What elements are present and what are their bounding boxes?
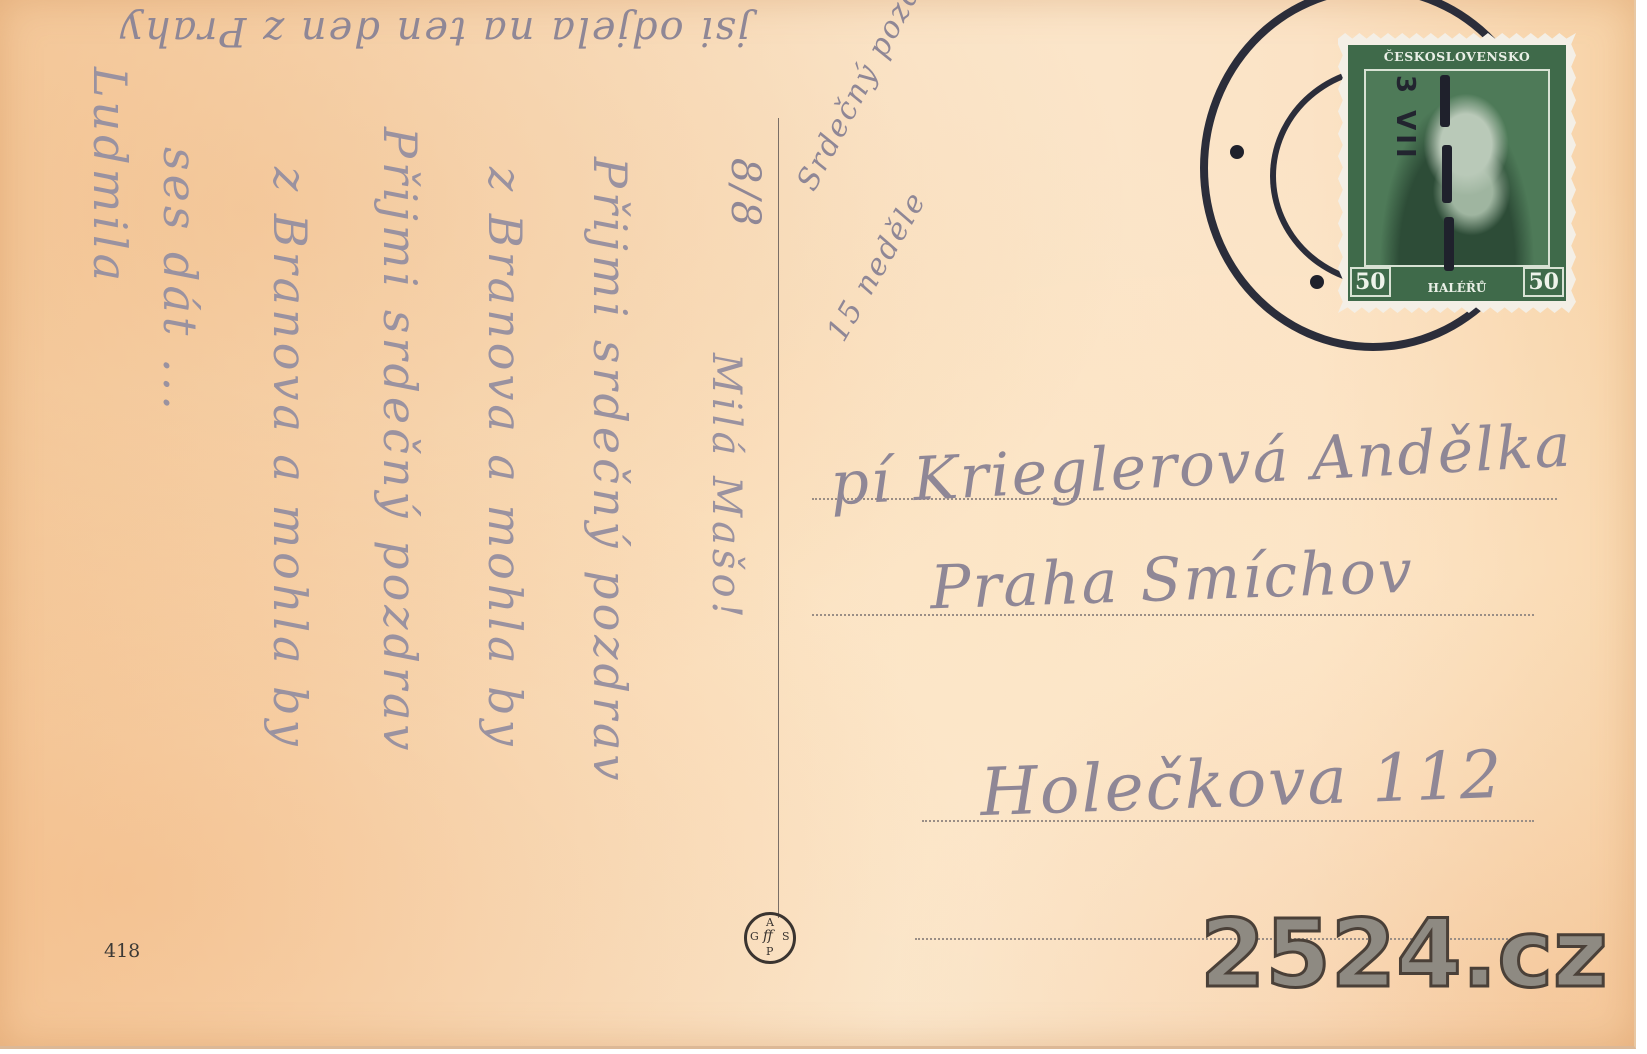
stamp-value-right: 50 — [1523, 267, 1564, 297]
cancellation-bar — [1440, 75, 1450, 127]
handwriting-line-5: z Branova a mohla by — [478, 167, 532, 750]
handwriting-line-2: ses dát ... — [153, 147, 207, 414]
postcard-back: jsi odjela na ten den z Prahy Ludmila se… — [0, 0, 1636, 1049]
address-line-1: pí Krieglerová Andělka — [829, 411, 1574, 520]
salutation: Milá Mašo! — [703, 353, 749, 622]
center-divider — [778, 118, 779, 918]
publisher-logo: A G ff S P — [744, 912, 796, 964]
stamp-value-left: 50 — [1350, 267, 1391, 297]
handwriting-line-3: z Branova a mohla by — [263, 167, 317, 750]
cancellation-date: 3 VII — [1390, 75, 1420, 162]
logo-letter-right: S — [782, 930, 790, 943]
cancellation-dot — [1310, 275, 1324, 289]
cancellation-bar — [1442, 145, 1452, 203]
handwriting-line-6: Přijmi srdečný pozdrav — [583, 157, 637, 784]
print-number: 418 — [104, 940, 140, 962]
stamp-unit: HALÉŘŮ — [1408, 281, 1506, 295]
logo-letter-left: G — [750, 930, 759, 943]
handwriting-top-upside-down: jsi odjela na ten den z Prahy — [60, 8, 750, 54]
date-note: 8/8 — [722, 158, 768, 228]
cancellation-bar — [1444, 217, 1454, 271]
stamp-area: ČESKOSLOVENSKO 50 HALÉŘŮ 50 3 VII — [1210, 5, 1610, 355]
cancellation-dot — [1230, 145, 1244, 159]
logo-letter-bottom: P — [766, 945, 773, 958]
address-line-3: Holečkova 112 — [979, 736, 1505, 831]
watermark: 2524.cz — [1200, 908, 1608, 1002]
misc-note: 15 neděle — [820, 185, 934, 347]
handwriting-line-4: Přijmi srdečný pozdrav — [373, 127, 427, 754]
address-line-2: Praha Smíchov — [929, 537, 1415, 624]
logo-letter-center: ff — [763, 928, 773, 944]
upper-note: Srdečný pozdrav ze Zbraslavi — [790, 0, 1059, 196]
handwriting-line-1: Ludmila — [83, 67, 137, 285]
stamp-country: ČESKOSLOVENSKO — [1348, 49, 1566, 64]
postage-stamp: ČESKOSLOVENSKO 50 HALÉŘŮ 50 — [1338, 33, 1576, 313]
